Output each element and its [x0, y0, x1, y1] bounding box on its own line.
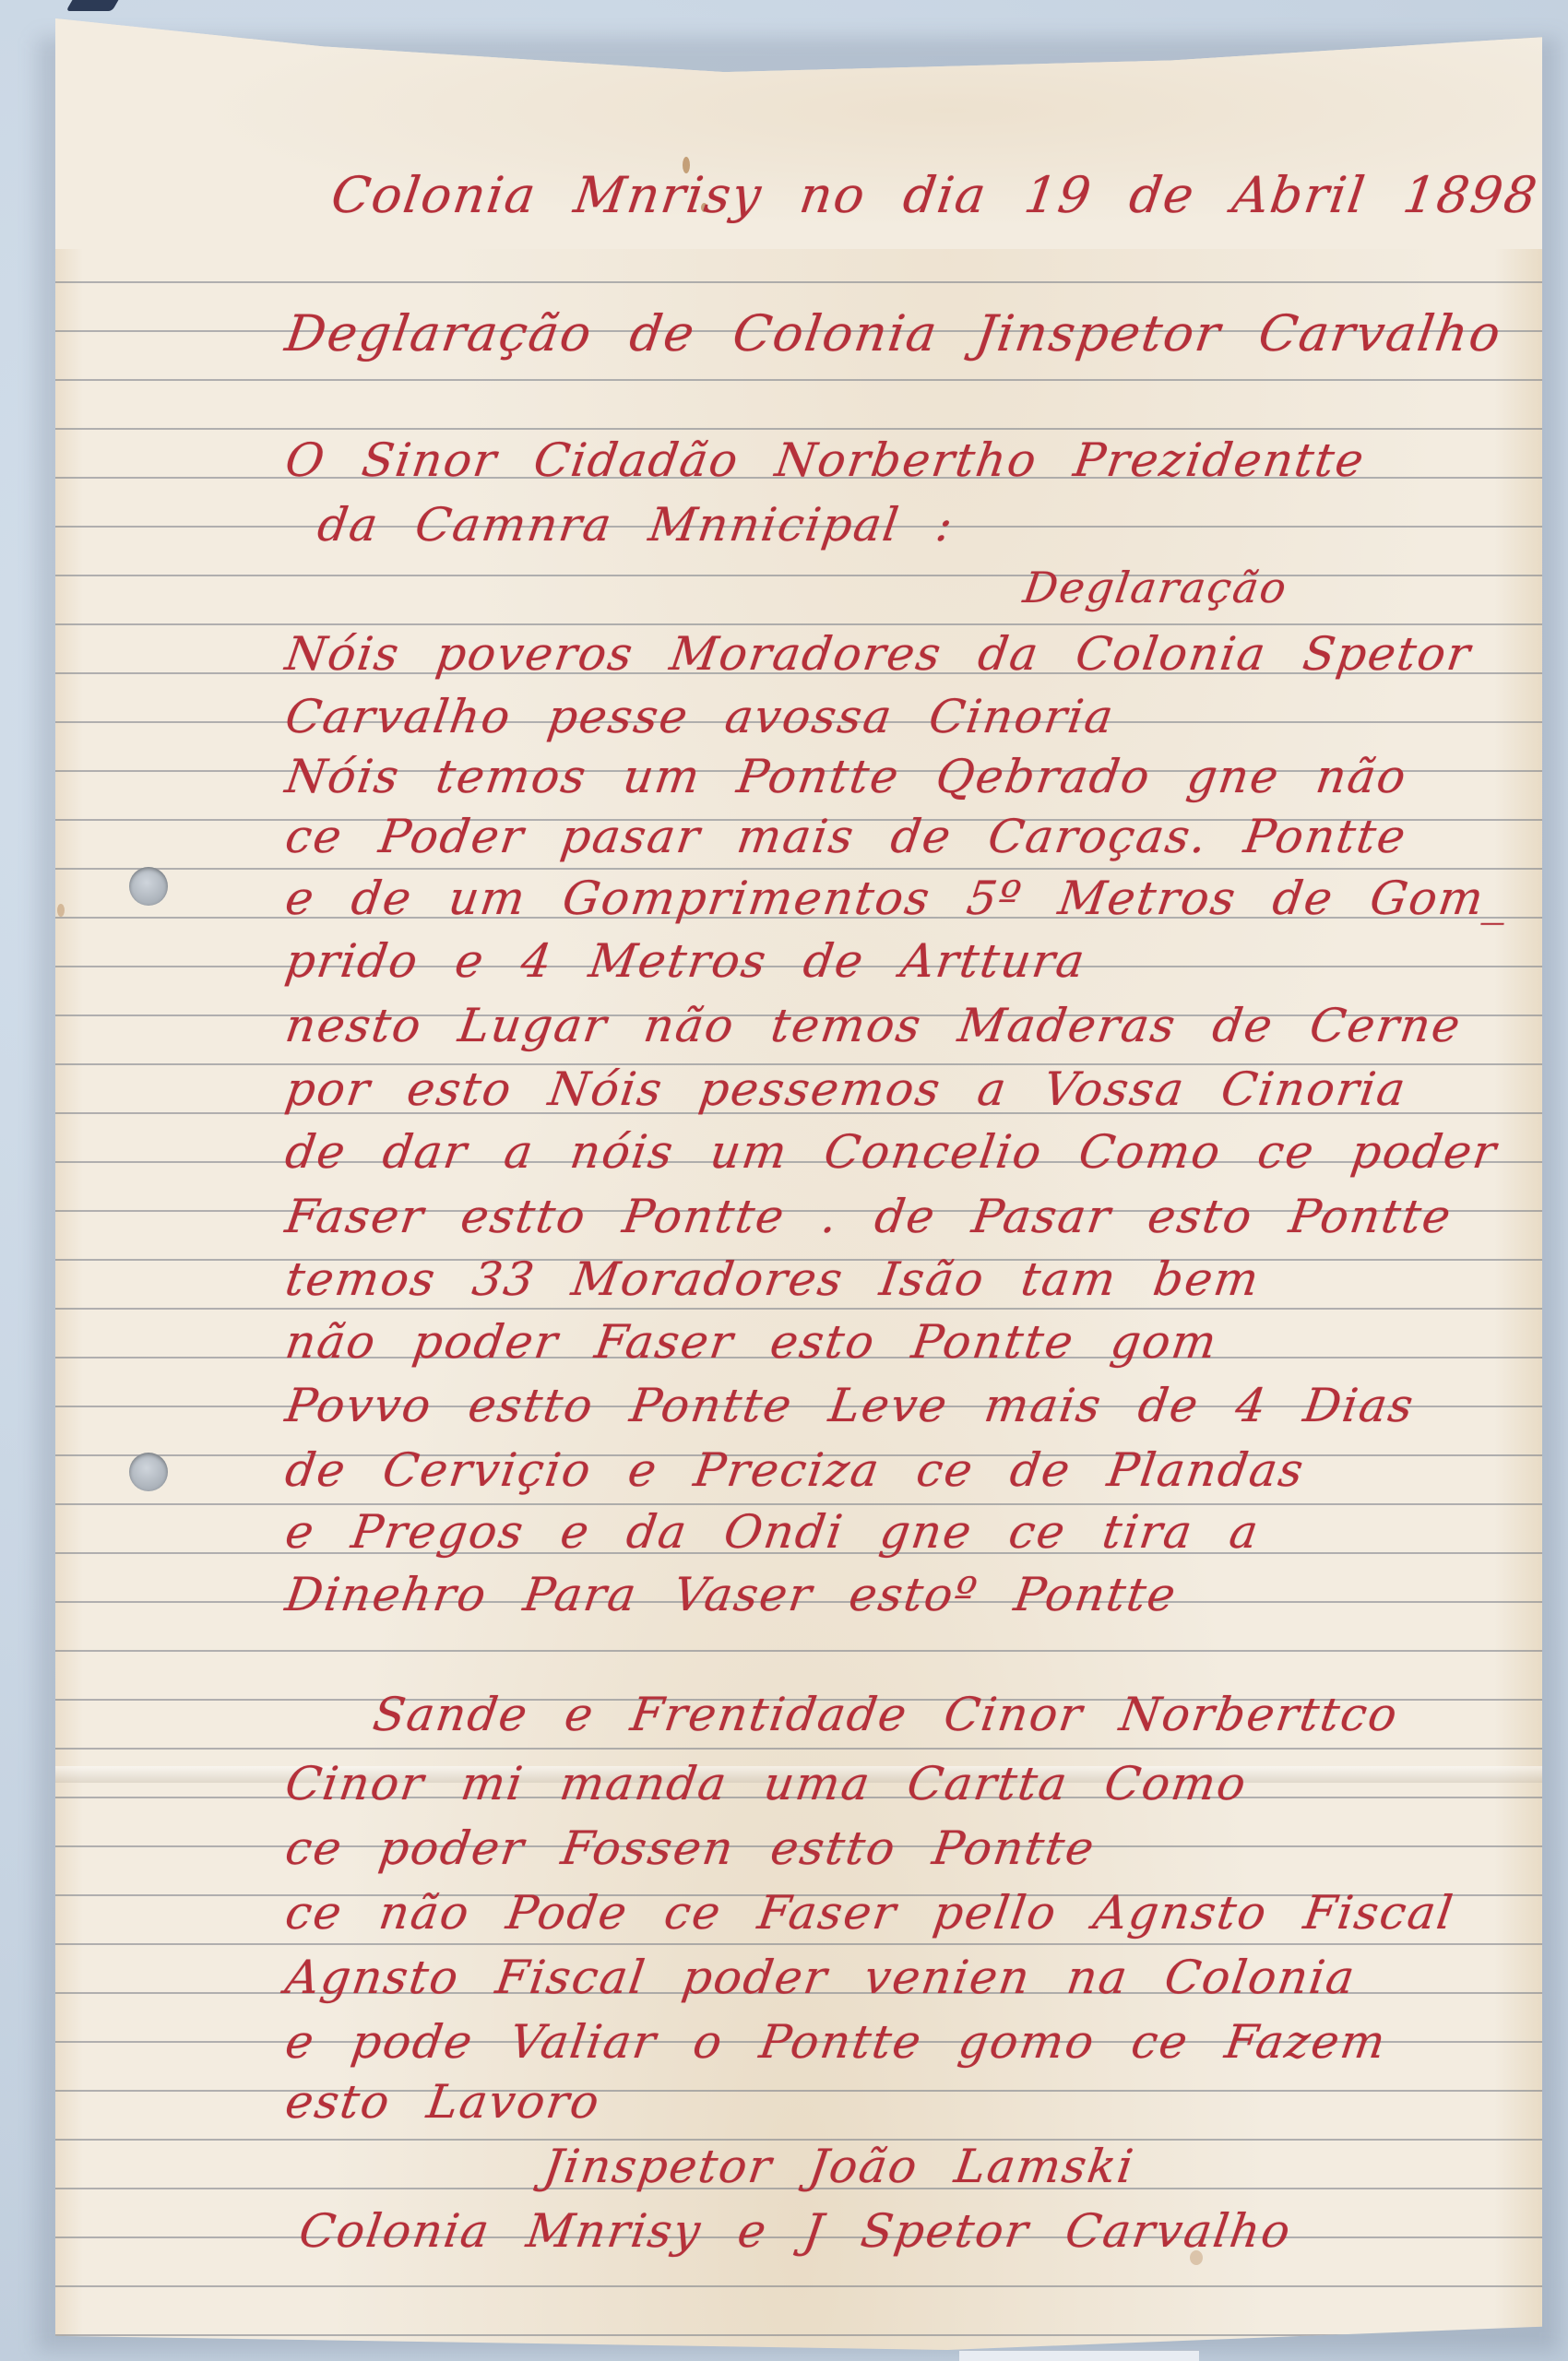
punch-hole-top [129, 867, 168, 906]
body-line: e de um Gomprimentos 5º Metros de Gom_ [282, 872, 1514, 925]
closing-line: ce não Pode ce Faser pello Agnsto Fiscal [282, 1886, 1457, 1940]
subheading: Deglaração [1020, 563, 1291, 612]
body-line: Carvalho pesse avossa Cinoria [282, 690, 1118, 743]
bottom-label-tag [959, 2350, 1199, 2361]
body-line: de Cerviçio e Preciza ce de Plandas [282, 1443, 1308, 1497]
body-line: nesto Lugar não temos Maderas de Cerne [282, 999, 1465, 1052]
body-line: prido e 4 Metros de Arttura [282, 934, 1089, 988]
body-line: Dinehro Para Vaser estoº Pontte [282, 1568, 1181, 1621]
body-line: de dar a nóis um Concelio Como ce poder [282, 1125, 1501, 1179]
signature-affiliation: Colonia Mnrisy e J Spetor Carvalho [296, 2204, 1295, 2258]
binder-corner [66, 0, 119, 11]
closing-line: Cinor mi manda uma Cartta Como [282, 1757, 1251, 1810]
body-line: por esto Nóis pessemos a Vossa Cinoria [282, 1062, 1410, 1116]
body-line: não poder Faser esto Pontte gom [282, 1315, 1221, 1369]
letter-sheet: Colonia Mnrisy no dia 19 de Abril 1898 D… [55, 18, 1542, 2350]
salutation-line-2: da Camnra Mnnicipal : [315, 498, 957, 552]
salutation-line-1: O Sinor Cidadão Norbertho Prezidentte [282, 433, 1369, 487]
signature-name: Jinspetor João Lamski [540, 2140, 1138, 2193]
closing-line: Sande e Frentidade Cinor Norberttco [370, 1688, 1402, 1741]
closing-line: esto Lavoro [282, 2075, 604, 2129]
document-title: Deglaração de Colonia Jinspetor Carvalho [282, 304, 1506, 362]
punch-hole-bottom [129, 1453, 168, 1491]
place-date-line: Colonia Mnrisy no dia 19 de Abril 1898 [328, 166, 1542, 224]
closing-line: ce poder Fossen estto Pontte [282, 1821, 1099, 1875]
closing-line: Agnsto Fiscal poder venien na Colonia [282, 1951, 1360, 2004]
body-line: Faser estto Pontte . de Pasar esto Pontt… [282, 1190, 1455, 1243]
body-line: e Pregos e da Ondi gne ce tira a [282, 1505, 1263, 1559]
body-line: temos 33 Moradores Isão tam bem [282, 1252, 1264, 1306]
closing-line: e pode Valiar o Pontte gomo ce Fazem [282, 2015, 1390, 2069]
body-line: ce Poder pasar mais de Caroças. Pontte [282, 810, 1410, 863]
body-line: Nóis temos um Pontte Qebrado gne não [282, 750, 1411, 803]
body-line: Nóis poveros Moradores da Colonia Spetor [282, 627, 1475, 681]
stain-mark [57, 904, 65, 917]
body-line: Povvo estto Pontte Leve mais de 4 Dias [282, 1379, 1418, 1432]
